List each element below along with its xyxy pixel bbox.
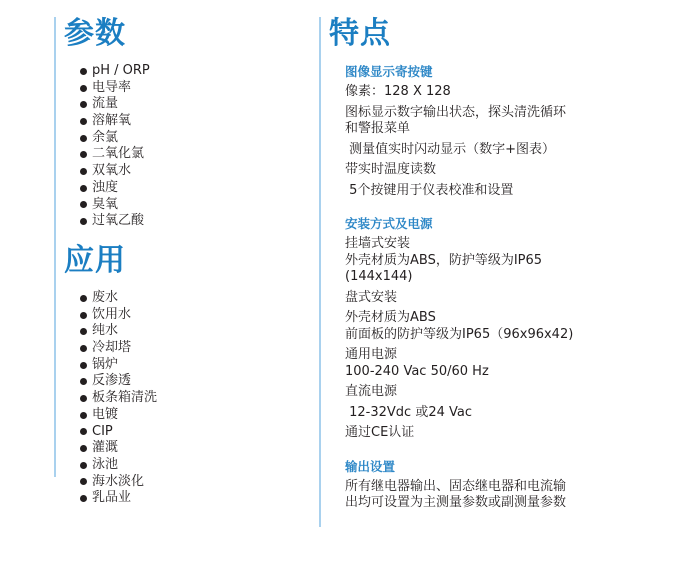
feature-line: 像素：128 X 128	[345, 84, 625, 101]
section-title: 输出设置	[345, 459, 625, 475]
list-item: 泳池	[80, 457, 157, 474]
list-item: 浊度	[80, 180, 150, 197]
left-divider-line	[54, 17, 56, 477]
bullet-icon	[80, 312, 87, 319]
list-item: pH / ORP	[80, 63, 150, 80]
section-output-settings: 输出设置 所有继电器输出、固态继电器和电流输 出均可设置为主测量参数或副测量参数	[345, 459, 625, 512]
feature-line: 外壳材质为ABS，防护等级为IP65	[345, 253, 625, 270]
applications-list: 废水 饮用水 纯水 冷却塔 锅炉 反渗透 板条箱清洗 电镀 CIP 灌溉 泳池 …	[80, 290, 157, 507]
bullet-icon	[80, 412, 87, 419]
feature-line: 测量值实时闪动显示（数字+图表）	[345, 142, 625, 159]
bullet-icon	[80, 201, 87, 208]
bullet-icon	[80, 345, 87, 352]
feature-line: 挂墙式安装	[345, 236, 625, 253]
list-item: 余氯	[80, 130, 150, 147]
feature-line: 和警报菜单	[345, 121, 625, 138]
list-item: 流量	[80, 96, 150, 113]
list-item: 反渗透	[80, 373, 157, 390]
parameters-list: pH / ORP 电导率 流量 溶解氧 余氯 二氧化氯 双氧水 浊度 臭氧 过氧…	[80, 63, 150, 230]
applications-heading: 应用	[64, 244, 126, 278]
features-body: 图像显示寄按键 像素：128 X 128 图标显示数字输出状态，探头清洗循环 和…	[345, 64, 625, 529]
feature-line: 盘式安装	[345, 290, 625, 307]
feature-line: 100-240 Vac 50/60 Hz	[345, 364, 625, 381]
bullet-icon	[80, 118, 87, 125]
feature-line: 12-32Vdc 或24 Vac	[345, 405, 625, 422]
list-item: 冷却塔	[80, 340, 157, 357]
feature-line: 外壳材质为ABS	[345, 310, 625, 327]
feature-line: 5个按键用于仪表校准和设置	[345, 183, 625, 200]
bullet-icon	[80, 68, 87, 75]
list-item: 废水	[80, 290, 157, 307]
bullet-icon	[80, 428, 87, 435]
list-item: 二氧化氯	[80, 146, 150, 163]
list-item: 海水淡化	[80, 474, 157, 491]
feature-line: 通过CE认证	[345, 425, 625, 442]
bullet-icon	[80, 85, 87, 92]
bullet-icon	[80, 295, 87, 302]
bullet-icon	[80, 378, 87, 385]
section-title: 图像显示寄按键	[345, 64, 625, 80]
list-item: 臭氧	[80, 197, 150, 214]
bullet-icon	[80, 185, 87, 192]
list-item: 乳品业	[80, 490, 157, 507]
section-installation-power: 安装方式及电源 挂墙式安装 外壳材质为ABS，防护等级为IP65 (144x14…	[345, 216, 625, 442]
list-item: 电镀	[80, 407, 157, 424]
bullet-icon	[80, 135, 87, 142]
list-item: 灌溉	[80, 440, 157, 457]
bullet-icon	[80, 462, 87, 469]
section-display: 图像显示寄按键 像素：128 X 128 图标显示数字输出状态，探头清洗循环 和…	[345, 64, 625, 199]
bullet-icon	[80, 478, 87, 485]
bullet-icon	[80, 395, 87, 402]
parameters-heading: 参数	[64, 17, 126, 51]
section-title: 安装方式及电源	[345, 216, 625, 232]
bullet-icon	[80, 362, 87, 369]
features-heading: 特点	[329, 17, 391, 51]
feature-line: 直流电源	[345, 384, 625, 401]
list-item: 板条箱清洗	[80, 390, 157, 407]
feature-line: 图标显示数字输出状态，探头清洗循环	[345, 105, 625, 122]
bullet-icon	[80, 101, 87, 108]
bullet-icon	[80, 218, 87, 225]
bullet-icon	[80, 168, 87, 175]
bullet-icon	[80, 328, 87, 335]
list-item: 锅炉	[80, 357, 157, 374]
list-item: 过氧乙酸	[80, 213, 150, 230]
right-divider-line	[319, 17, 321, 527]
feature-line: 通用电源	[345, 347, 625, 364]
list-item: 饮用水	[80, 307, 157, 324]
feature-line: 出均可设置为主测量参数或副测量参数	[345, 495, 625, 512]
feature-line: 带实时温度读数	[345, 162, 625, 179]
list-item: 纯水	[80, 323, 157, 340]
list-item: 双氧水	[80, 163, 150, 180]
list-item: CIP	[80, 424, 157, 441]
feature-line: 所有继电器输出、固态继电器和电流输	[345, 479, 625, 496]
feature-line: (144x144)	[345, 269, 625, 286]
bullet-icon	[80, 151, 87, 158]
bullet-icon	[80, 495, 87, 502]
list-item: 溶解氧	[80, 113, 150, 130]
feature-line: 前面板的防护等级为IP65（96x96x42)	[345, 327, 625, 344]
bullet-icon	[80, 445, 87, 452]
list-item: 电导率	[80, 80, 150, 97]
